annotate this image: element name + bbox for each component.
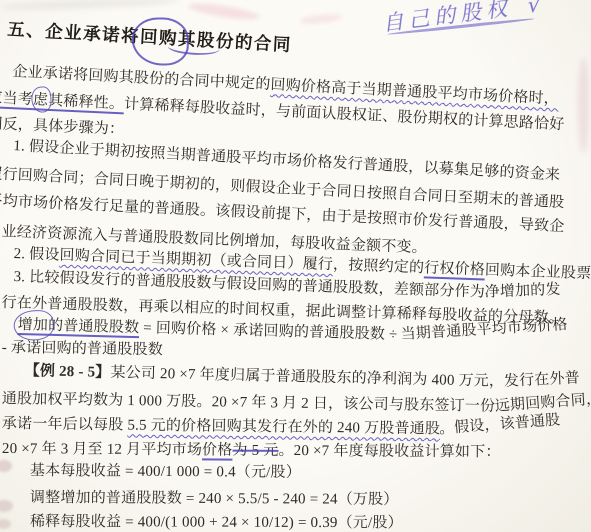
handwritten-note-text: 自己的股权 — [381, 0, 513, 36]
calc-adjusted-shares: 调整增加的普通股股数 = 240 × 5.5/5 - 240 = 24（万股） — [30, 486, 399, 509]
formula-line2-text: - 承诺回购的普通股股数 — [2, 340, 163, 358]
example-line1-tail: 发行在外普 — [503, 366, 580, 391]
calc-diluted-eps-text: 稀释每股收益 = 400/(1 000 + 24 × 10/12) = 0.39… — [30, 514, 403, 531]
pink-smudge — [188, 0, 261, 22]
example-line4: 20 ×7 年 3 月至 12 月平均市场价格为 5 元。20 ×7 年度每股收… — [2, 437, 501, 461]
calc-basic-eps-text: 基本每股收益 = 400/1 000 = 0.4（元/股） — [30, 463, 301, 481]
example-line2-text: 通股加权平均数为 1 000 万股。20 ×7 年 3 月 2 日，该公司与股东… — [2, 391, 496, 415]
example-line4-pre: 20 ×7 年 3 月至 12 月平均市场 — [2, 441, 202, 458]
pen-circled-word: 增加 — [17, 313, 48, 335]
calc-diluted-eps: 稀释每股收益 = 400/(1 000 + 24 × 10/12) = 0.39… — [30, 510, 403, 532]
handwritten-check-mark: √ — [527, 0, 542, 18]
example-line4-end: 。20 ×7 年度每股收益计算如下： — [278, 443, 500, 461]
ghost-print-mark — [0, 519, 11, 529]
scanned-textbook-page: { "page": { "colors": { "paper": "#f9f7f… — [0, 0, 591, 532]
pen-underlined-text: 其稀释性。 — [48, 93, 125, 113]
example-line3-pre: 承诺一年后以每股 — [2, 416, 128, 434]
pen-underlined-text: 行权价格 — [424, 260, 485, 278]
scan-streak — [0, 0, 180, 11]
calc-basic-eps: 基本每股收益 = 400/1 000 = 0.4（元/股） — [30, 459, 301, 482]
ghost-print-mark — [0, 500, 13, 512]
step2-pre: 2. 假设 — [13, 246, 60, 264]
example-line3: 承诺一年后以每股 5.5 元的价格回购其发行在外的 240 万股普通股。假设，该… — [2, 412, 562, 440]
ghost-print-mark — [0, 460, 12, 472]
formula-mid: = 回购价格 × 承诺回购的普通股股数 ÷ — [139, 320, 402, 343]
pen-underlined-text: 的普通股股数 — [48, 318, 140, 336]
pen-underlined-text: 应当考 — [0, 90, 33, 108]
step2-mid: ，按照约定的 — [333, 257, 425, 276]
example-line1-text: 某公司 20 ×7 年度归属于普通股股东的净利润为 400 万元， — [110, 365, 504, 390]
pen-struck-text: 为 5 元 — [232, 443, 278, 459]
formula-line2: - 承诺回购的普通股股数 — [2, 336, 163, 359]
example-label: 【例 28 - 5】 — [25, 363, 111, 381]
section-title: 五、企业承诺将回购其股份的合同 — [7, 16, 293, 57]
example-line1: 【例 28 - 5】某公司 20 ×7 年度归属于普通股股东的净利润为 400 … — [25, 359, 581, 393]
pen-underlined-text: 5.5 元的价格回购其发行在外的 240 万股普通股 — [127, 418, 440, 438]
calc-adjusted-shares-text: 调整增加的普通股股数 = 240 × 5.5/5 - 240 = 24（万股） — [30, 490, 399, 508]
pink-smudge — [300, 13, 343, 25]
pen-underlined-text: 价格 — [202, 442, 233, 458]
section-title-pre: 五、企业承诺将 — [7, 20, 141, 47]
step3-line1-tail: 净增加的发 — [484, 278, 561, 302]
pen-circled-char: 虑 — [33, 88, 49, 110]
pink-smudge — [578, 58, 589, 153]
